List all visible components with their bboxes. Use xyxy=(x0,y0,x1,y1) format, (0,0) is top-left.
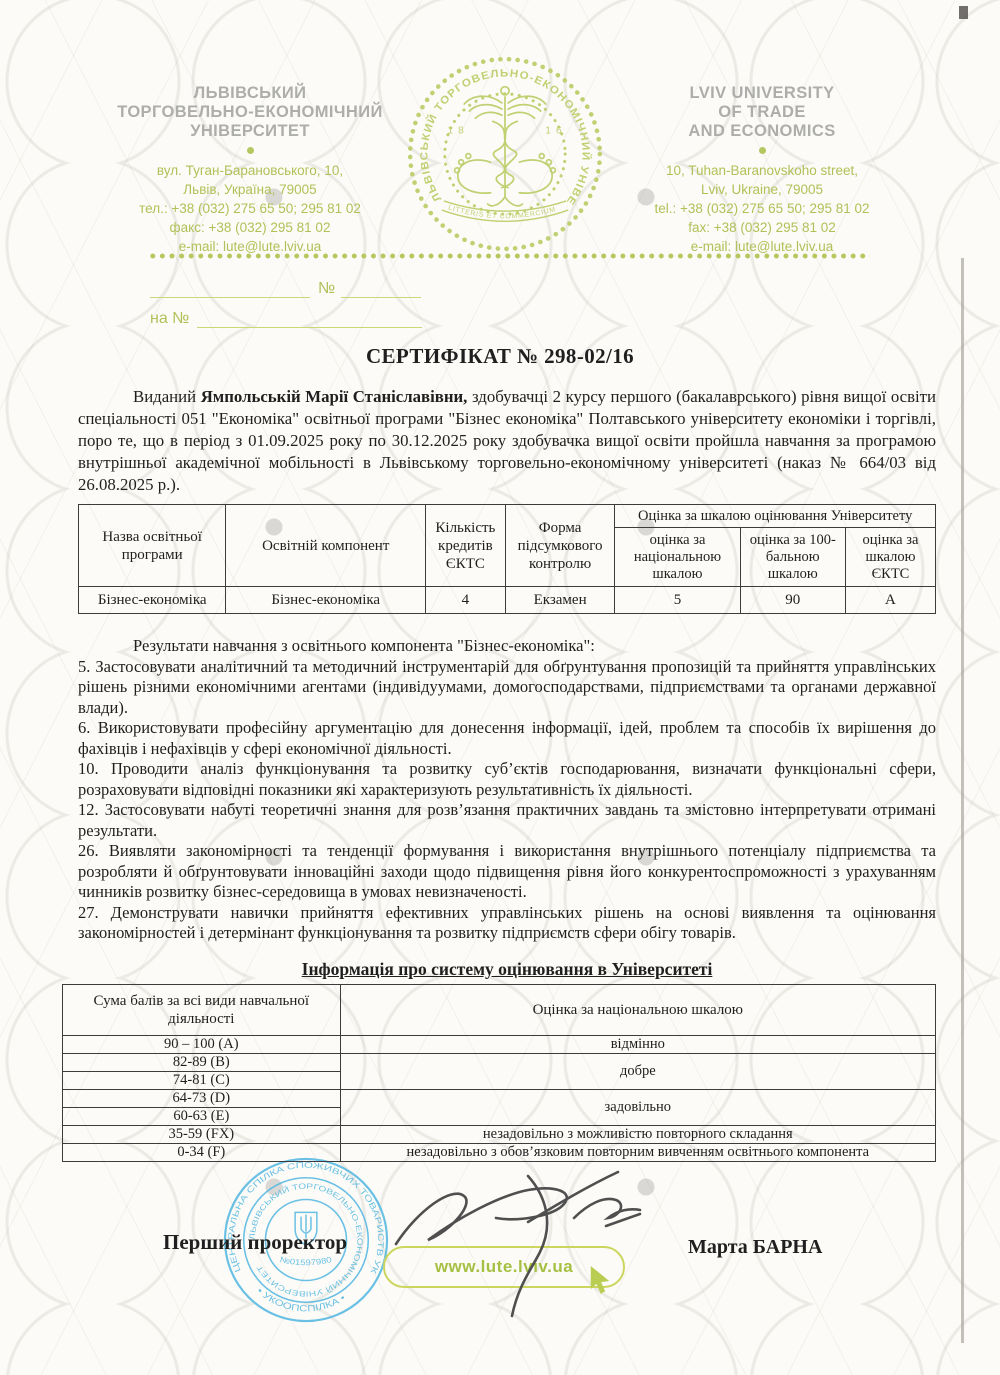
seal-year-right: 16 xyxy=(545,126,567,137)
grade-cell: незадовільно з можливістю повторного скл… xyxy=(340,1125,935,1143)
learning-outcome-item: 10. Проводити аналіз функціонування та р… xyxy=(78,759,936,800)
signature-scrawl-icon xyxy=(378,1164,650,1336)
university-name-en: LVIV UNIVERSITY OF TRADE AND ECONOMICS xyxy=(612,84,912,141)
contacts-en: 10, Tuhan-Baranovskoho street, Lviv, Ukr… xyxy=(612,161,912,256)
contact-line: Львів, Україна, 79005 xyxy=(95,180,405,199)
grade-cell: відмінно xyxy=(340,1035,935,1053)
contact-line: факс: +38 (032) 295 81 02 xyxy=(95,218,405,237)
grade-cell: незадовільно з обов’язковим повторним ви… xyxy=(340,1143,935,1161)
grade-cell: добре xyxy=(340,1053,935,1089)
university-seal-icon: ЛЬВІВСЬКИЙ ТОРГОВЕЛЬНО-ЕКОНОМІЧНИЙ УНІВЕ… xyxy=(403,52,607,256)
ref-number-line: № xyxy=(150,280,421,298)
table-cell: Бізнес-економіка xyxy=(226,587,426,614)
ref-reply-line: на № xyxy=(150,310,422,328)
contacts-uk: вул. Туган-Барановського, 10, Львів, Укр… xyxy=(95,161,405,256)
table-cell: 90 xyxy=(740,587,845,614)
learning-outcome-item: 26. Виявляти закономірності та тенденції… xyxy=(78,841,936,903)
table-header-cell: Оцінка за національною шкалою xyxy=(340,984,935,1035)
learning-outcome-item: 5. Застосовувати аналітичний та методичн… xyxy=(78,657,936,719)
table-group-header-cell: Оцінка за шкалою оцінювання Університету xyxy=(615,505,936,528)
header-university-en: LVIV UNIVERSITY OF TRADE AND ECONOMICS 1… xyxy=(612,84,912,256)
score-range-cell: 64-73 (D) xyxy=(63,1089,341,1107)
cursor-arrow-icon xyxy=(588,1266,612,1296)
separator-dot xyxy=(247,147,254,154)
score-range-cell: 90 – 100 (A) xyxy=(63,1035,341,1053)
grades-row: Бізнес-економіка Бізнес-економіка 4 Екза… xyxy=(79,587,936,614)
dotted-separator xyxy=(148,253,870,259)
table-cell: Екзамен xyxy=(505,587,615,614)
seal-year-left: 18 xyxy=(447,126,469,137)
blank-line xyxy=(341,282,421,298)
grading-table: Сума балів за всі види навчальної діяльн… xyxy=(62,984,936,1162)
score-range-cell: 35-59 (FX) xyxy=(63,1125,341,1143)
contact-line: тел.: +38 (032) 275 65 50; 295 81 02 xyxy=(95,199,405,218)
learning-outcome-item: 27. Демонструвати навички прийняття ефек… xyxy=(78,903,936,944)
university-name-line: OF TRADE xyxy=(612,103,912,122)
contact-line: Lviv, Ukraine, 79005 xyxy=(612,180,912,199)
table-header-cell: оцінка за національною шкалою xyxy=(615,528,740,587)
table-header-cell: Сума балів за всі види навчальної діяльн… xyxy=(63,984,341,1035)
university-name-uk: ЛЬВІВСЬКИЙ ТОРГОВЕЛЬНО-ЕКОНОМІЧНИЙ УНІВЕ… xyxy=(95,84,405,141)
table-header-cell: Назва освітньої програми xyxy=(79,505,226,587)
intro-prefix: Виданий xyxy=(133,387,201,406)
score-range-cell: 60-63 (E) xyxy=(63,1107,341,1125)
blank-line xyxy=(197,312,422,328)
table-cell: 5 xyxy=(615,587,740,614)
university-name-line: ТОРГОВЕЛЬНО-ЕКОНОМІЧНИЙ xyxy=(95,103,405,122)
stamp-number: №01597980 xyxy=(279,1255,333,1267)
grades-table: Назва освітньої програми Освітній компон… xyxy=(78,504,936,614)
university-name-line: УНІВЕРСИТЕТ xyxy=(95,122,405,141)
contact-line: fax: +38 (032) 295 81 02 xyxy=(612,218,912,237)
reply-to-label: на № xyxy=(150,310,189,327)
certificate-body: Виданий Ямпольській Марії Станіславівни,… xyxy=(78,386,936,1162)
results-heading: Результати навчання з освітнього компоне… xyxy=(78,636,936,657)
certificate-title: СЕРТИФІКАТ № 298-02/16 xyxy=(0,344,1000,369)
university-name-line: LVIV UNIVERSITY xyxy=(612,84,912,103)
blank-line xyxy=(150,282,310,298)
scan-artifact-right-line xyxy=(961,258,964,1343)
grade-cell: задовільно xyxy=(340,1089,935,1125)
svg-text:№01597980: №01597980 xyxy=(279,1255,333,1267)
position-title: Перший проректор xyxy=(163,1230,347,1255)
contact-line: tel.: +38 (032) 275 65 50; 295 81 02 xyxy=(612,199,912,218)
score-range-cell: 82-89 (B) xyxy=(63,1053,341,1071)
grading-info-title: Інформація про систему оцінювання в Унів… xyxy=(78,959,936,980)
table-header-cell: оцінка за шкалою ЄКТС xyxy=(845,528,935,587)
table-cell: Бізнес-економіка xyxy=(79,587,226,614)
separator-dot xyxy=(759,147,766,154)
table-header-cell: оцінка за 100-бальною шкалою xyxy=(740,528,845,587)
signer-name: Марта БАРНА xyxy=(688,1236,822,1259)
university-name-line: ЛЬВІВСЬКИЙ xyxy=(95,84,405,103)
header-university-uk: ЛЬВІВСЬКИЙ ТОРГОВЕЛЬНО-ЕКОНОМІЧНИЙ УНІВЕ… xyxy=(95,84,405,256)
student-name: Ямпольській Марії Станіславівни, xyxy=(201,387,468,406)
score-range-cell: 0-34 (F) xyxy=(63,1143,341,1161)
certificate-page: ЛЬВІВСЬКИЙ ТОРГОВЕЛЬНО-ЕКОНОМІЧНИЙ УНІВЕ… xyxy=(0,0,1000,1375)
table-cell: 4 xyxy=(426,587,506,614)
contact-line: 10, Tuhan-Baranovskoho street, xyxy=(612,161,912,180)
scan-artifact-corner xyxy=(959,6,968,19)
score-range-cell: 74-81 (C) xyxy=(63,1071,341,1089)
table-header-cell: Форма підсумкового контролю xyxy=(505,505,615,587)
learning-outcome-item: 6. Використовувати професійну аргументац… xyxy=(78,718,936,759)
learning-outcome-item: 12. Застосовувати набуті теоретичні знан… xyxy=(78,800,936,841)
table-cell: А xyxy=(845,587,935,614)
table-header-cell: Освітній компонент xyxy=(226,505,426,587)
contact-line: вул. Туган-Барановського, 10, xyxy=(95,161,405,180)
table-header-cell: Кількість кредитів ЄКТС xyxy=(426,505,506,587)
intro-paragraph: Виданий Ямпольській Марії Станіславівни,… xyxy=(78,386,936,496)
university-name-line: AND ECONOMICS xyxy=(612,122,912,141)
number-sign-label: № xyxy=(318,280,335,297)
